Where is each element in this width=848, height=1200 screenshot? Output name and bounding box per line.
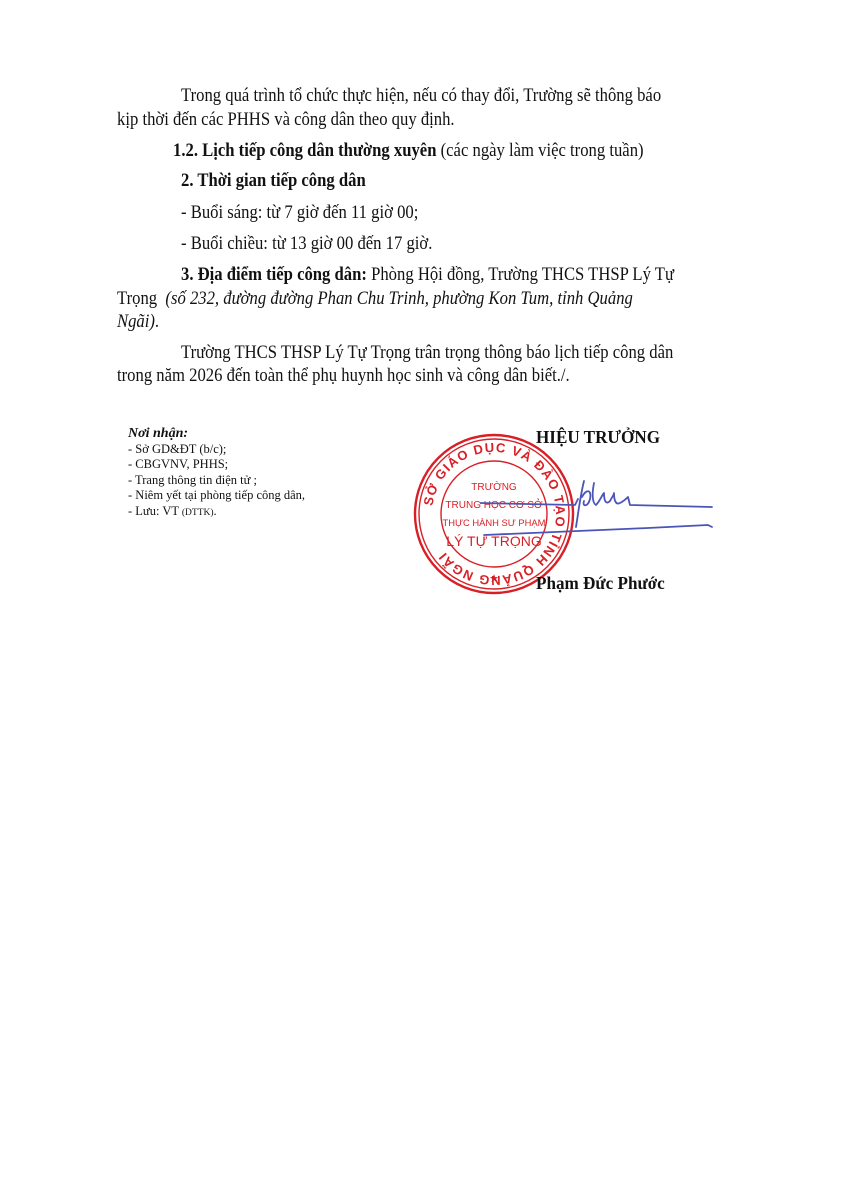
section-3-line3: Ngãi). (117, 312, 159, 333)
seal-star-icon: ★ (489, 572, 499, 585)
recipients-colon: : (183, 426, 188, 441)
recipient-item: - Sở GD&ĐT (b/c); (128, 442, 305, 458)
signer-name: Phạm Đức Phước (536, 573, 665, 594)
recipient-item: - Trang thông tin điện tử ; (128, 473, 305, 489)
afternoon-hours: - Buổi chiều: từ 13 giờ 00 đến 17 giờ. (181, 234, 432, 255)
section-3-address-end: Ngãi) (117, 312, 155, 332)
section-1-2-note: (các ngày làm việc trong tuần) (436, 141, 643, 161)
paragraph-changes-line1: Trong quá trình tổ chức thực hiện, nếu c… (181, 86, 661, 107)
section-1-2-title: 1.2. Lịch tiếp công dân thường xuyên (173, 141, 436, 161)
paragraph-changes-line2: kịp thời đến các PHHS và công dân theo q… (117, 110, 455, 131)
section-1-2-heading: 1.2. Lịch tiếp công dân thường xuyên (cá… (173, 141, 644, 162)
recipient-item-archive: - Lưu: VT (DTTK). (128, 504, 305, 522)
section-3-address: (số 232, đường đường Phan Chu Trinh, phư… (165, 289, 632, 309)
archive-label: - Lưu: VT (128, 504, 182, 518)
section-3-line2: Trọng (số 232, đường đường Phan Chu Trin… (117, 289, 633, 310)
archive-period: . (214, 504, 217, 518)
archive-code: (DTTK) (182, 508, 214, 518)
closing-line1: Trường THCS THSP Lý Tự Trọng trân trọng … (181, 343, 673, 364)
section-2-heading: 2. Thời gian tiếp công dân (181, 171, 366, 192)
recipient-item: - CBGVNV, PHHS; (128, 457, 305, 473)
closing-line2: trong năm 2026 đến toàn thể phụ huynh họ… (117, 366, 570, 387)
section-3-location: Phòng Hội đồng, Trường THCS THSP Lý Tự (367, 265, 674, 285)
recipient-item: - Niêm yết tại phòng tiếp công dân, (128, 488, 305, 504)
section-3-title: 3. Địa điểm tiếp công dân: (181, 265, 367, 285)
section-3-period: . (155, 312, 159, 332)
handwritten-signature (480, 475, 720, 545)
recipients-title: Nơi nhận (128, 426, 183, 441)
morning-hours: - Buổi sáng: từ 7 giờ đến 11 giờ 00; (181, 203, 418, 224)
section-3-line1: 3. Địa điểm tiếp công dân: Phòng Hội đồn… (181, 265, 674, 286)
section-3-word: Trọng (117, 289, 157, 309)
recipients-block: Nơi nhận: - Sở GD&ĐT (b/c); - CBGVNV, PH… (128, 426, 305, 521)
